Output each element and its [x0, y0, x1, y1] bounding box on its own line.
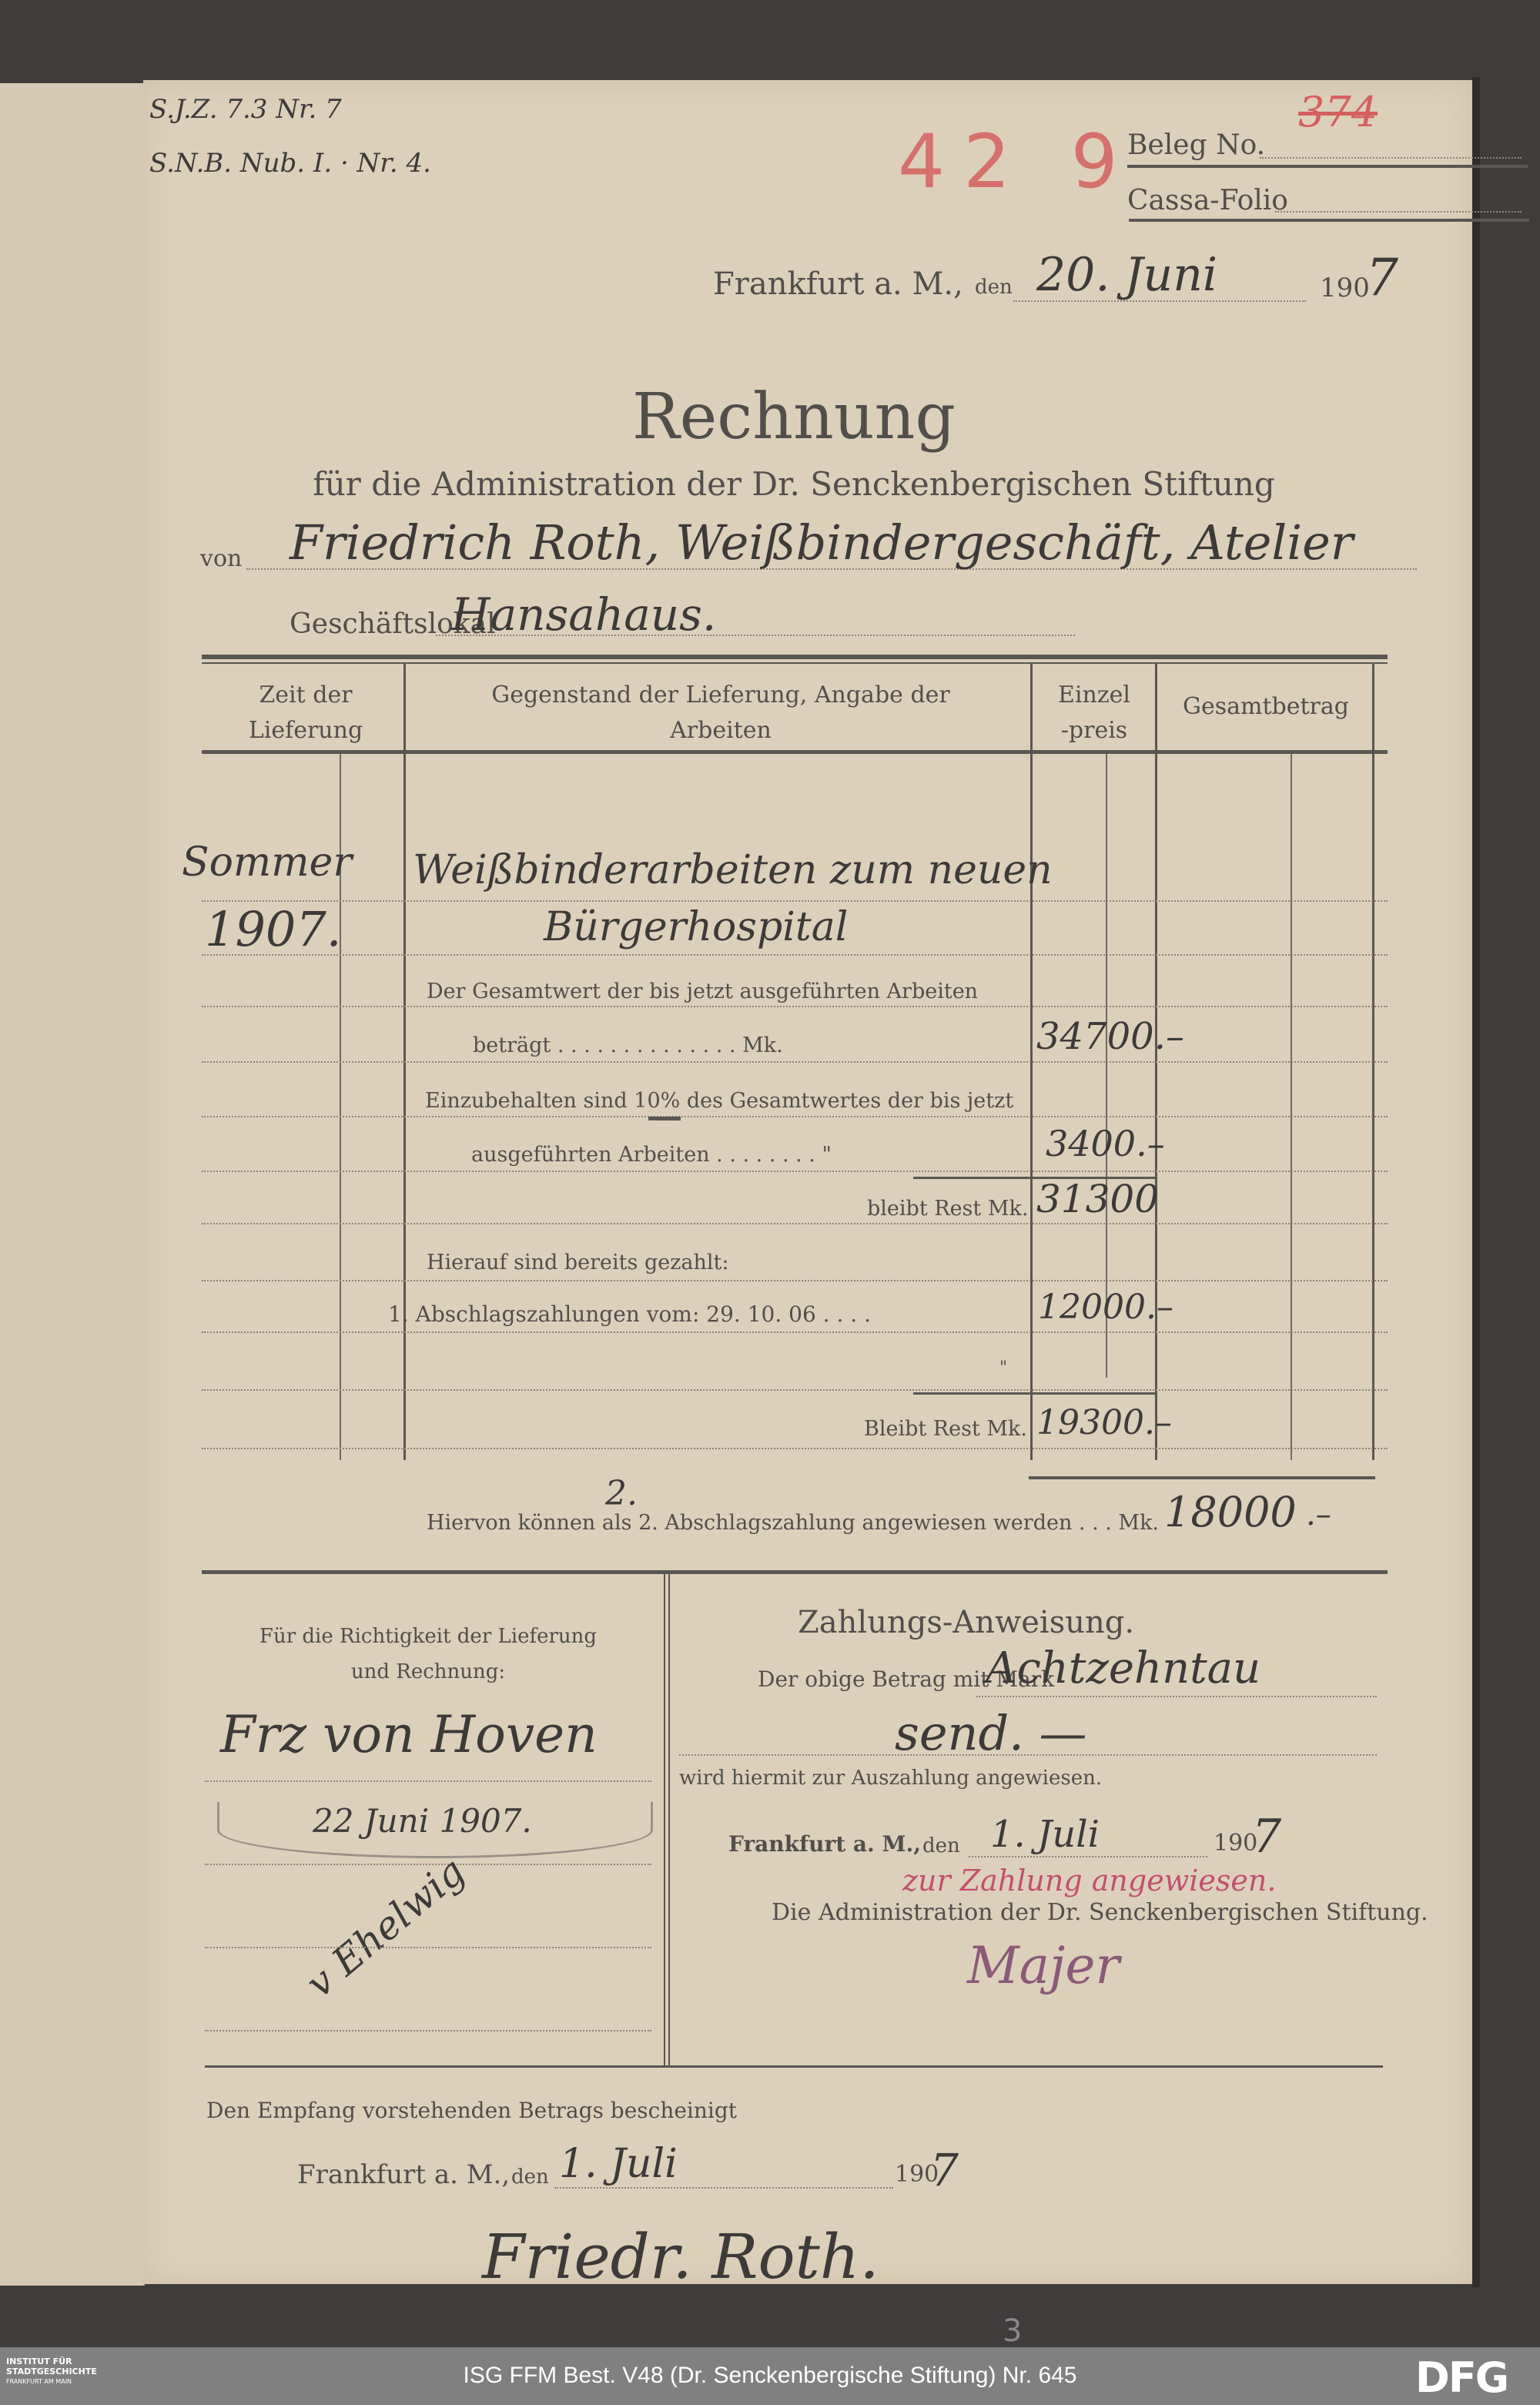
section-divider	[664, 1574, 665, 2067]
col-subdivider-2	[1106, 754, 1107, 1378]
approval-line	[205, 1947, 651, 1948]
row-final: Hiervon können als 2. Abschlagszahlung a…	[427, 1511, 1159, 1535]
row-line	[202, 1223, 1388, 1224]
archive-note-2: S.N.B. Nub. I. · Nr. 4.	[149, 148, 431, 179]
cassa-rule	[1129, 219, 1529, 222]
footer-caption: ISG FFM Best. V48 (Dr. Senckenbergische …	[0, 2363, 1540, 2389]
receipt-year-suffix: 7	[930, 2144, 959, 2196]
row-abschlag-1: 1. Abschlagszahlungen vom: 29. 10. 06 . …	[388, 1301, 871, 1327]
row-betraegt: beträgt . . . . . . . . . . . . . . Mk.	[473, 1033, 783, 1057]
beleg-line	[1260, 157, 1522, 159]
payment-stamp: zur Zahlung angewiesen.	[902, 1864, 1276, 1898]
receipt-place-label: Frankfurt a. M.,	[297, 2159, 510, 2190]
section-divider-2	[668, 1574, 670, 2067]
row-ausgefuehrten: ausgeführten Arbeiten . . . . . . . . "	[471, 1143, 832, 1167]
header-einzelpreis: Einzel-preis	[1036, 678, 1152, 749]
archive-footer: INSTITUT FÜR STADTGESCHICHTE FRANKFURT A…	[0, 2347, 1540, 2405]
cassa-folio-label: Cassa-Folio	[1127, 185, 1288, 216]
subtitle: für die Administration der Dr. Senckenbe…	[297, 465, 1291, 503]
approval-label: Für die Richtigkeit der Lieferung und Re…	[205, 1619, 651, 1690]
place-label: Frankfurt a. M.,	[713, 266, 963, 302]
row-line	[202, 1448, 1388, 1449]
header-gesamtbetrag: Gesamtbetrag	[1160, 693, 1372, 720]
admin-signature: Majer	[967, 1936, 1120, 1995]
page-edge	[1472, 77, 1480, 2287]
year-suffix: 7	[1366, 248, 1398, 307]
col-subdivider-3	[1291, 754, 1292, 1460]
approval-label-1: Für die Richtigkeit der Lieferung	[205, 1619, 651, 1654]
approval-line	[205, 2030, 651, 2032]
year-prefix: 190	[1320, 273, 1370, 303]
dfg-logo: DFG	[1415, 2353, 1508, 2402]
amount-einbehalt: 3400.–	[1046, 1123, 1165, 1164]
amount-bleibt-rest: 31300	[1036, 1177, 1159, 1221]
payment-title: Zahlungs-Anweisung.	[798, 1605, 1134, 1640]
gesamt-rule	[1029, 1476, 1375, 1479]
item-line-1: Weißbinderarbeiten zum neuen	[413, 847, 1053, 893]
amount-gesamtwert: 34700.–	[1036, 1015, 1184, 1058]
beleg-number-struck: 374	[1298, 88, 1378, 136]
betrag-words-1: Achtzehntau	[986, 1643, 1260, 1693]
payment-place-label: Frankfurt a. M.,	[728, 1831, 921, 1857]
signature-flourish	[217, 1802, 653, 1858]
page-number: 3	[1003, 2313, 1022, 2349]
approval-line	[205, 1780, 651, 1782]
cassa-folio-line	[1275, 211, 1522, 213]
payment-year-suffix: 7	[1252, 1810, 1281, 1864]
subtotal-rule-2	[913, 1392, 1157, 1395]
table-top-rule	[202, 655, 1388, 659]
table-bottom-rule	[202, 1570, 1388, 1574]
amount-bleibt-rest-2: 19300.–	[1036, 1403, 1172, 1442]
row-line	[202, 900, 1388, 902]
betrag-words-2: send. —	[895, 1705, 1087, 1761]
row-line	[202, 954, 1388, 956]
payment-year-prefix: 190	[1214, 1830, 1257, 1857]
receipt-den: den	[511, 2166, 549, 2189]
approval-signature: Frz von Hoven	[220, 1705, 598, 1764]
von-label: von	[200, 545, 242, 572]
angewiesen-text: wird hiermit zur Auszahlung angewiesen.	[679, 1767, 1102, 1790]
invoice-document: S.J.Z. 7.3 Nr. 7 S.N.B. Nub. I. · Nr. 4.…	[143, 80, 1472, 2284]
row-bleibt-rest-2: Bleibt Rest Mk.	[864, 1417, 1027, 1441]
admin-label: Die Administration der Dr. Senckenbergis…	[772, 1899, 1428, 1926]
row-line	[202, 1116, 1388, 1117]
beleg-rule	[1127, 165, 1528, 168]
table-top-rule-thin	[202, 662, 1388, 664]
row-hierauf: Hierauf sind bereits gezahlt:	[427, 1251, 729, 1275]
row-line	[202, 1006, 1388, 1007]
payment-den: den	[922, 1834, 960, 1857]
receipt-date: 1. Juli	[559, 2141, 678, 2187]
beleg-label: Beleg No.	[1127, 129, 1265, 161]
vendor-lokal: Hansahaus.	[451, 588, 716, 641]
amount-abschlag-1: 12000.–	[1038, 1288, 1173, 1327]
payment-date: 1. Juli	[990, 1813, 1100, 1856]
row-line	[202, 1171, 1388, 1172]
row-line	[202, 1280, 1388, 1281]
red-document-number: 42 9	[898, 119, 1137, 205]
zeit-value-1: Sommer	[182, 839, 352, 886]
receipt-label: Den Empfang vorstehenden Betrags beschei…	[206, 2098, 737, 2123]
second-signature: v Ehelwig	[298, 1849, 474, 2007]
approval-label-2: und Rechnung:	[205, 1654, 651, 1690]
receipt-date-line	[554, 2187, 893, 2189]
table-header-rule	[202, 750, 1388, 754]
receipt-signature: Friedr. Roth.	[482, 2221, 879, 2293]
ditto-mark: "	[999, 1358, 1007, 1378]
left-facing-page	[0, 83, 145, 2286]
betrag-line	[976, 1696, 1377, 1697]
den-label: den	[975, 276, 1013, 299]
row-line	[202, 1061, 1388, 1063]
vendor-name: Friedrich Roth, Weißbindergeschäft, Atel…	[290, 514, 1353, 571]
final-marker: 2.	[605, 1474, 638, 1513]
row-gesamtwert: Der Gesamtwert der bis jetzt ausgeführte…	[427, 980, 978, 1003]
invoice-date: 20. Juni	[1036, 248, 1217, 302]
header-zeit: Zeit der Lieferung	[209, 678, 402, 749]
page-title: Rechnung	[143, 380, 1445, 454]
betrag-line-2	[679, 1754, 1377, 1756]
row-line	[202, 1389, 1388, 1391]
row-line	[202, 1331, 1388, 1333]
row-einzubehalten: Einzubehalten sind 10% des Gesamtwertes …	[425, 1089, 1013, 1113]
final-pf: .–	[1306, 1497, 1331, 1532]
receipt-rule	[205, 2065, 1383, 2068]
payment-date-line	[969, 1856, 1207, 1857]
archive-note-1: S.J.Z. 7.3 Nr. 7	[149, 94, 342, 125]
final-amount: 18000	[1164, 1488, 1297, 1536]
header-gegenstand: Gegenstand der Lieferung, Angabe der Arb…	[467, 678, 975, 749]
zeit-value-2: 1907.	[205, 901, 342, 957]
item-line-2: Bürgerhospital	[544, 904, 848, 950]
row-bleibt-rest: bleibt Rest Mk.	[867, 1197, 1028, 1221]
percent-underline	[648, 1117, 681, 1120]
